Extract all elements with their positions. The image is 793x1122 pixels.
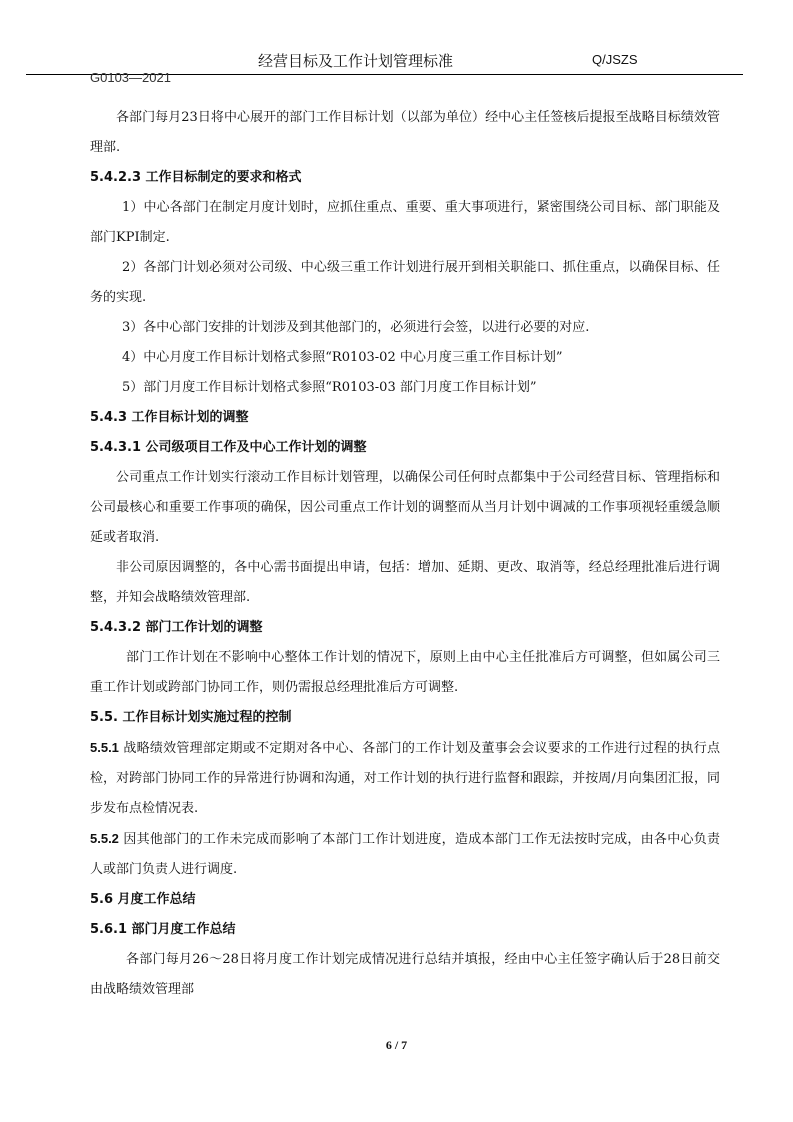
- clause-text: 因其他部门的工作未完成而影响了本部门工作计划进度，造成本部门工作无法按时完成，由…: [90, 832, 720, 877]
- paragraph-5-6-1: 各部门每月26～28日将月度工作计划完成情况进行总结并填报，经由中心主任签字确认…: [90, 945, 720, 1005]
- list-item: 2）各部门计划必须对公司级、中心级三重工作计划进行展开到相关职能口、抓住重点，以…: [90, 253, 720, 313]
- heading-5-6: 5.6 月度工作总结: [90, 885, 720, 915]
- heading-5-4-3: 5.4.3 工作目标计划的调整: [90, 403, 720, 433]
- standard-code-suffix: G0103—2021: [90, 70, 171, 85]
- list-item: 3）各中心部门安排的计划涉及到其他部门的，必须进行会签，以进行必要的对应.: [90, 313, 720, 343]
- list-item: 1）中心各部门在制定月度计划时，应抓住重点、重要、重大事项进行，紧密围绕公司目标…: [90, 193, 720, 253]
- clause-number: 5.5.1: [90, 740, 119, 755]
- paragraph-5-4-3-1-a: 公司重点工作计划实行滚动工作目标计划管理，以确保公司任何时点都集中于公司经营目标…: [90, 463, 720, 553]
- heading-5-4-3-2: 5.4.3.2 部门工作计划的调整: [90, 613, 720, 643]
- document-page: 经营目标及工作计划管理标准 Q/JSZS G0103—2021 各部门每月23日…: [0, 0, 793, 1122]
- list-item: 4）中心月度工作目标计划格式参照“R0103-02 中心月度三重工作目标计划”: [90, 343, 720, 373]
- clause-number: 5.5.2: [90, 831, 119, 846]
- standard-code: Q/JSZS: [592, 52, 638, 67]
- heading-5-6-1: 5.6.1 部门月度工作总结: [90, 915, 720, 945]
- heading-5-5: 5.5. 工作目标计划实施过程的控制: [90, 703, 720, 733]
- clause-text: 战略绩效管理部定期或不定期对各中心、各部门的工作计划及董事会会议要求的工作进行过…: [90, 741, 720, 816]
- page-number: 6 / 7: [0, 1038, 793, 1053]
- document-body: 各部门每月23日将中心展开的部门工作目标计划（以部为单位）经中心主任签核后提报至…: [90, 103, 720, 1005]
- document-title: 经营目标及工作计划管理标准: [258, 50, 453, 71]
- list-item: 5）部门月度工作目标计划格式参照“R0103-03 部门月度工作目标计划”: [90, 373, 720, 403]
- paragraph-intro: 各部门每月23日将中心展开的部门工作目标计划（以部为单位）经中心主任签核后提报至…: [90, 103, 720, 163]
- paragraph-5-4-3-1-b: 非公司原因调整的，各中心需书面提出申请，包括：增加、延期、更改、取消等，经总经理…: [90, 553, 720, 613]
- paragraph-5-5-1: 5.5.1 战略绩效管理部定期或不定期对各中心、各部门的工作计划及董事会会议要求…: [90, 733, 720, 824]
- heading-5-4-2-3: 5.4.2.3 工作目标制定的要求和格式: [90, 163, 720, 193]
- paragraph-5-5-2: 5.5.2 因其他部门的工作未完成而影响了本部门工作计划进度，造成本部门工作无法…: [90, 824, 720, 885]
- heading-5-4-3-1: 5.4.3.1 公司级项目工作及中心工作计划的调整: [90, 433, 720, 463]
- paragraph-5-4-3-2: 部门工作计划在不影响中心整体工作计划的情况下，原则上由中心主任批准后方可调整，但…: [90, 643, 720, 703]
